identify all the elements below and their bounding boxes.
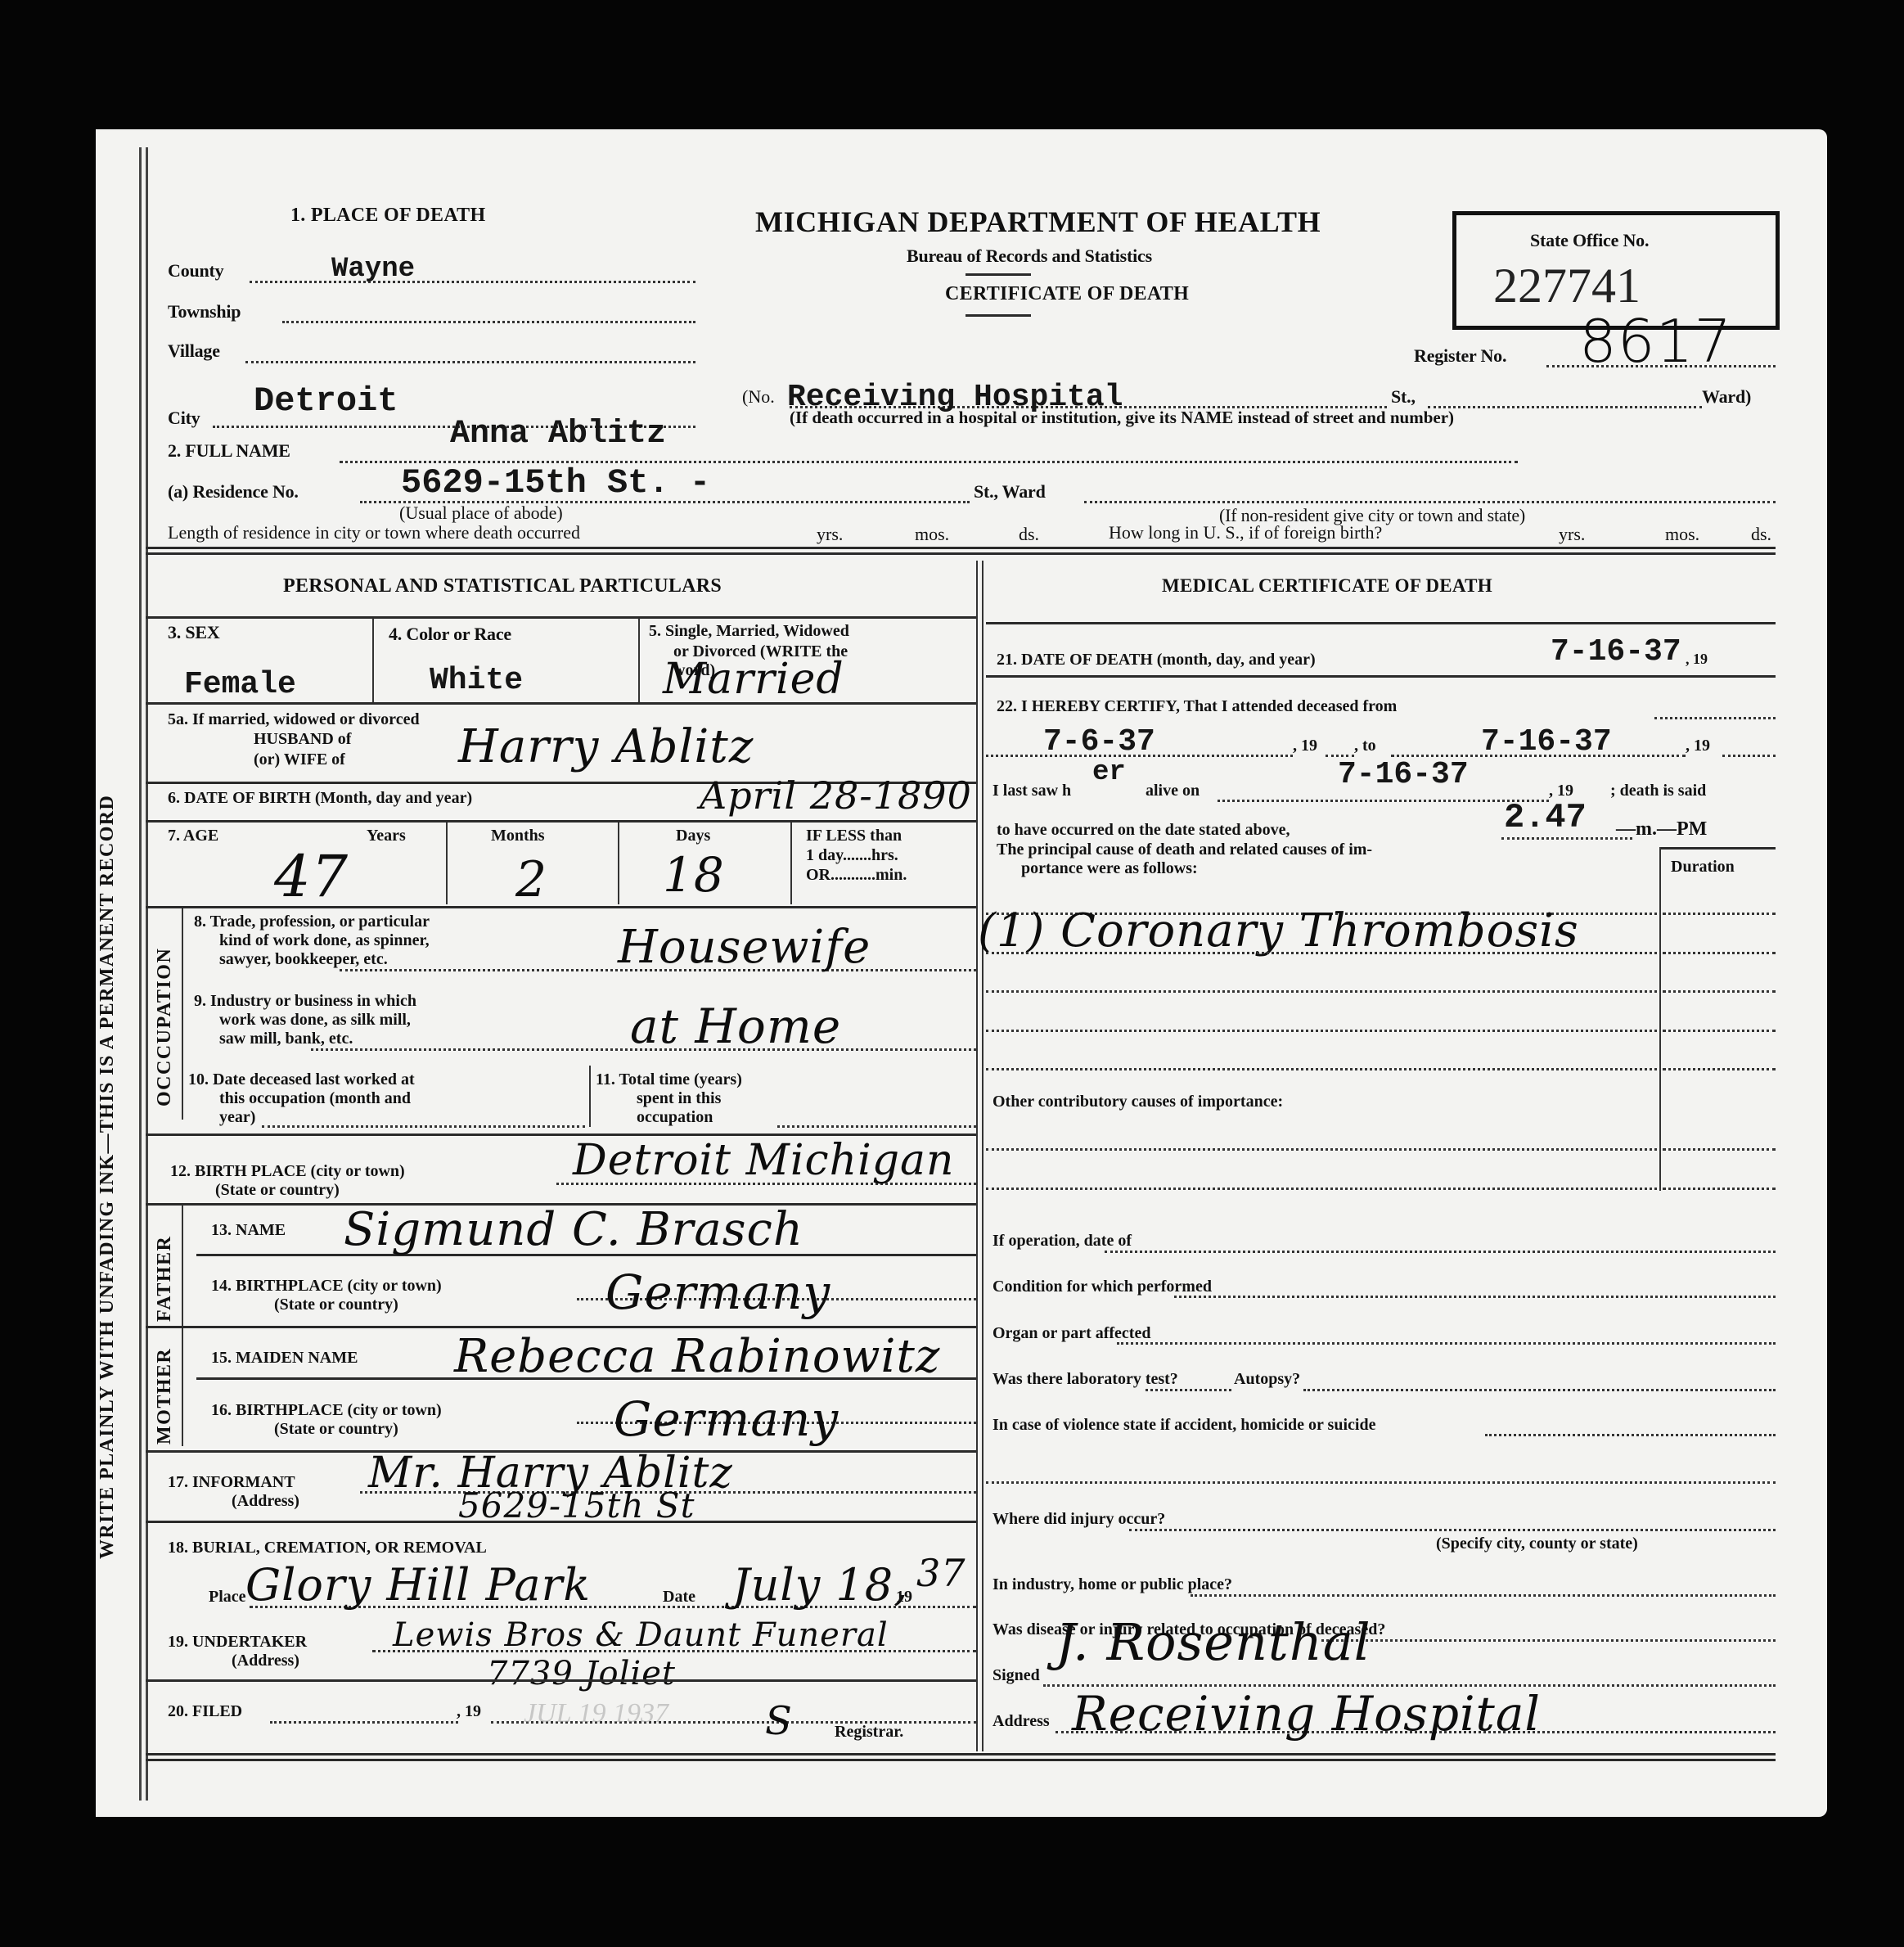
alive-on-label: alive on (1146, 782, 1200, 800)
spouse-value: Harry Ablitz (458, 720, 754, 773)
days-label: Days (676, 827, 710, 845)
burial-date-label: Date (663, 1588, 695, 1607)
from-year-prefix: , 19 (1293, 737, 1317, 755)
full-name-label: 2. FULL NAME (168, 440, 290, 462)
operation-date-label: If operation, date of (993, 1232, 1132, 1251)
ds-label: ds. (1019, 524, 1039, 545)
st-label: St., (1391, 386, 1416, 408)
race-value: White (430, 663, 523, 698)
wife-label: (or) WIFE of (254, 750, 345, 769)
trade-label: 8. Trade, profession, or particular (194, 913, 430, 931)
burial-place-label: Place (209, 1588, 246, 1607)
trade-label-3: sawyer, bookkeeper, etc. (219, 950, 388, 969)
filed-year-prefix: , 19 (457, 1702, 481, 1721)
last-saw-pronoun: er (1092, 757, 1126, 788)
column-divider (976, 561, 978, 1751)
last-saw-date-value: 7-16-37 (1338, 757, 1469, 792)
injury-place-type-label: In industry, home or public place? (993, 1575, 1232, 1594)
race-label: 4. Color or Race (389, 624, 511, 645)
certificate-title: CERTIFICATE OF DEATH (945, 283, 1189, 305)
marital-label: 5. Single, Married, Widowed (649, 622, 849, 641)
sex-label: 3. SEX (168, 622, 220, 643)
village-label: Village (168, 340, 220, 362)
township-label: Township (168, 301, 241, 322)
margin-rule (139, 147, 142, 1801)
undertaker-address-value: 7739 Joliet (487, 1655, 676, 1692)
registrar-initial: S (765, 1698, 793, 1744)
date-of-death-value: 7-16-37 (1551, 634, 1681, 669)
total-time-label-3: occupation (637, 1108, 713, 1127)
register-label: Register No. (1414, 345, 1506, 367)
mother-birthplace-label: 16. BIRTHPLACE (city or town) (211, 1401, 442, 1420)
mother-name-value: Rebecca Rabinowitz (454, 1330, 940, 1383)
filed-label: 20. FILED (168, 1702, 242, 1721)
length-of-residence-label: Length of residence in city or town wher… (168, 522, 580, 543)
undertaker-value: Lewis Bros & Daunt Funeral (393, 1616, 889, 1654)
cause-value: (1) Coronary Thrombosis (978, 904, 1579, 958)
margin-instruction: WRITE PLAINLY WITH UNFADING INK—THIS IS … (97, 795, 119, 1559)
father-name-label: 13. NAME (211, 1221, 286, 1240)
residence-label: (a) Residence No. (168, 481, 299, 503)
signed-label: Signed (993, 1666, 1040, 1685)
abode-note: (Usual place of abode) (399, 503, 563, 524)
residence-value: 5629-15th St. - (401, 463, 710, 503)
informant-address-value: 5629-15th St (458, 1485, 695, 1526)
father-name-value: Sigmund C. Brasch (344, 1203, 803, 1256)
father-birthplace-value: Germany (605, 1264, 830, 1320)
last-saw-label: I last saw h (993, 782, 1071, 800)
hrs-label: 1 day.......hrs. (806, 846, 898, 865)
mos-label: mos. (1665, 524, 1699, 545)
medical-section-title: MEDICAL CERTIFICATE OF DEATH (1162, 575, 1492, 597)
time-of-death-value: 2.47 (1504, 798, 1587, 837)
filed-stamp: JUL 19 1937 (524, 1698, 668, 1729)
industry-label-2: work was done, as silk mill, (219, 1011, 411, 1030)
age-years-value: 47 (274, 843, 349, 910)
burial-year-value: 37 (916, 1551, 966, 1595)
birthplace-label: 12. BIRTH PLACE (city or town) (170, 1162, 405, 1181)
mother-birthplace-label-2: (State or country) (274, 1420, 398, 1439)
months-label: Months (491, 827, 545, 845)
informant-label: 17. INFORMANT (168, 1473, 295, 1492)
to-year-prefix: , 19 (1686, 737, 1710, 755)
burial-label: 18. BURIAL, CREMATION, OR REMOVAL (168, 1539, 487, 1557)
lab-test-label: Was there laboratory test? (993, 1370, 1178, 1389)
dob-label: 6. DATE OF BIRTH (Month, day and year) (168, 789, 472, 808)
bureau-subtitle: Bureau of Records and Statistics (907, 246, 1152, 267)
undertaker-label: 19. UNDERTAKER (168, 1633, 307, 1652)
to-label: , to (1354, 737, 1376, 755)
undertaker-address-label: (Address) (232, 1652, 299, 1670)
mother-name-label: 15. MAIDEN NAME (211, 1349, 358, 1368)
no-label: (No. (742, 386, 775, 408)
min-label: OR...........min. (806, 866, 907, 885)
age-label: 7. AGE (168, 827, 218, 845)
spouse-label: 5a. If married, widowed or divorced (168, 710, 420, 729)
ds-label: ds. (1751, 524, 1771, 545)
trade-label-2: kind of work done, as spinner, (219, 931, 430, 950)
birthplace-label-2: (State or country) (215, 1181, 340, 1200)
attended-to-value: 7-16-37 (1481, 724, 1612, 759)
state-office-number: 227741 (1493, 258, 1641, 314)
section-divider (146, 547, 1776, 555)
marital-value: Married (663, 655, 844, 704)
less-than-label: IF LESS than (806, 827, 902, 845)
industry-label-3: saw mill, bank, etc. (219, 1030, 353, 1048)
occupation-side-label: OCCCUPATION (154, 948, 176, 1106)
address-label: Address (993, 1712, 1050, 1731)
city-label: City (168, 408, 200, 429)
footer-divider (146, 1753, 1776, 1761)
organ-label: Organ or part affected (993, 1324, 1150, 1343)
ward-label: Ward) (1702, 386, 1751, 408)
father-birthplace-label-2: (State or country) (274, 1296, 398, 1314)
violence-label: In case of violence state if accident, h… (993, 1416, 1375, 1435)
industry-label: 9. Industry or business in which (194, 992, 416, 1011)
full-name-value: Anna Ablitz (450, 416, 666, 453)
date-of-death-label: 21. DATE OF DEATH (month, day, and year) (997, 651, 1316, 669)
years-label: Years (367, 827, 406, 845)
physician-signature: J. Rosenthal (1056, 1612, 1371, 1672)
death-said-label: ; death is said (1610, 782, 1706, 800)
father-side-label: FATHER (154, 1236, 176, 1322)
duration-label: Duration (1671, 858, 1735, 877)
condition-label: Condition for which performed (993, 1278, 1212, 1296)
place-of-death-heading: 1. PLACE OF DEATH (290, 205, 485, 227)
last-worked-label: 10. Date deceased last worked at (188, 1070, 415, 1089)
burial-place-value: Glory Hill Park (245, 1559, 591, 1611)
industry-value: at Home (630, 998, 841, 1054)
column-divider (982, 561, 984, 1751)
mother-birthplace-value: Germany (614, 1391, 839, 1447)
institution-note: (If death occurred in a hospital or inst… (790, 408, 1454, 428)
cause-label-2: portance were as follows: (1021, 859, 1198, 878)
county-label: County (168, 260, 224, 282)
father-birthplace-label: 14. BIRTHPLACE (city or town) (211, 1277, 442, 1296)
total-time-label: 11. Total time (years) (596, 1070, 742, 1089)
husband-label: HUSBAND of (254, 730, 351, 749)
autopsy-label: Autopsy? (1234, 1370, 1300, 1389)
department-title: MICHIGAN DEPARTMENT OF HEALTH (755, 205, 1321, 239)
informant-address-label: (Address) (232, 1492, 299, 1511)
margin-rule (146, 147, 148, 1801)
burial-date-value: July 18, (732, 1559, 908, 1611)
register-number: 8617 (1579, 307, 1732, 376)
last-worked-label-3: year) (219, 1108, 255, 1127)
dob-value: April 28-1890 (700, 773, 972, 818)
age-months-value: 2 (515, 851, 547, 908)
registrar-label: Registrar. (835, 1723, 903, 1742)
birthplace-value: Detroit Michigan (573, 1136, 954, 1185)
trade-value: Housewife (618, 921, 871, 974)
physician-address-value: Receiving Hospital (1072, 1686, 1541, 1742)
personal-section-title: PERSONAL AND STATISTICAL PARTICULARS (283, 575, 722, 597)
sex-value: Female (184, 667, 296, 702)
city-value: Detroit (254, 381, 398, 421)
us-duration-label: How long in U. S., if of foreign birth? (1109, 522, 1382, 543)
yrs-label: yrs. (817, 524, 843, 545)
attended-from-value: 7-6-37 (1043, 724, 1155, 759)
certify-label: 22. I HEREBY CERTIFY, That I attended de… (997, 697, 1397, 716)
burial-year-prefix: 19 (896, 1588, 912, 1607)
specify-note: (Specify city, county or state) (1436, 1535, 1638, 1553)
injury-location-label: Where did injury occur? (993, 1510, 1165, 1529)
yrs-label: yrs. (1559, 524, 1585, 545)
county-value: Wayne (331, 254, 415, 285)
cause-label: The principal cause of death and related… (997, 841, 1372, 859)
divider (966, 273, 1031, 276)
total-time-label-2: spent in this (637, 1089, 721, 1108)
last-worked-label-2: this occupation (month and (219, 1089, 411, 1108)
occurred-label: to have occurred on the date stated abov… (997, 821, 1290, 840)
dod-year-prefix: , 19 (1686, 651, 1708, 668)
other-causes-label: Other contributory causes of importance: (993, 1093, 1283, 1111)
duration-column-rule (1659, 847, 1661, 1191)
mos-label: mos. (915, 524, 949, 545)
am-pm-value: —m.—PM (1616, 818, 1707, 841)
age-days-value: 18 (663, 847, 725, 903)
mother-side-label: MOTHER (154, 1348, 176, 1444)
st-ward-label: St., Ward (974, 481, 1046, 503)
state-office-label: State Office No. (1530, 230, 1649, 251)
divider (966, 314, 1031, 317)
